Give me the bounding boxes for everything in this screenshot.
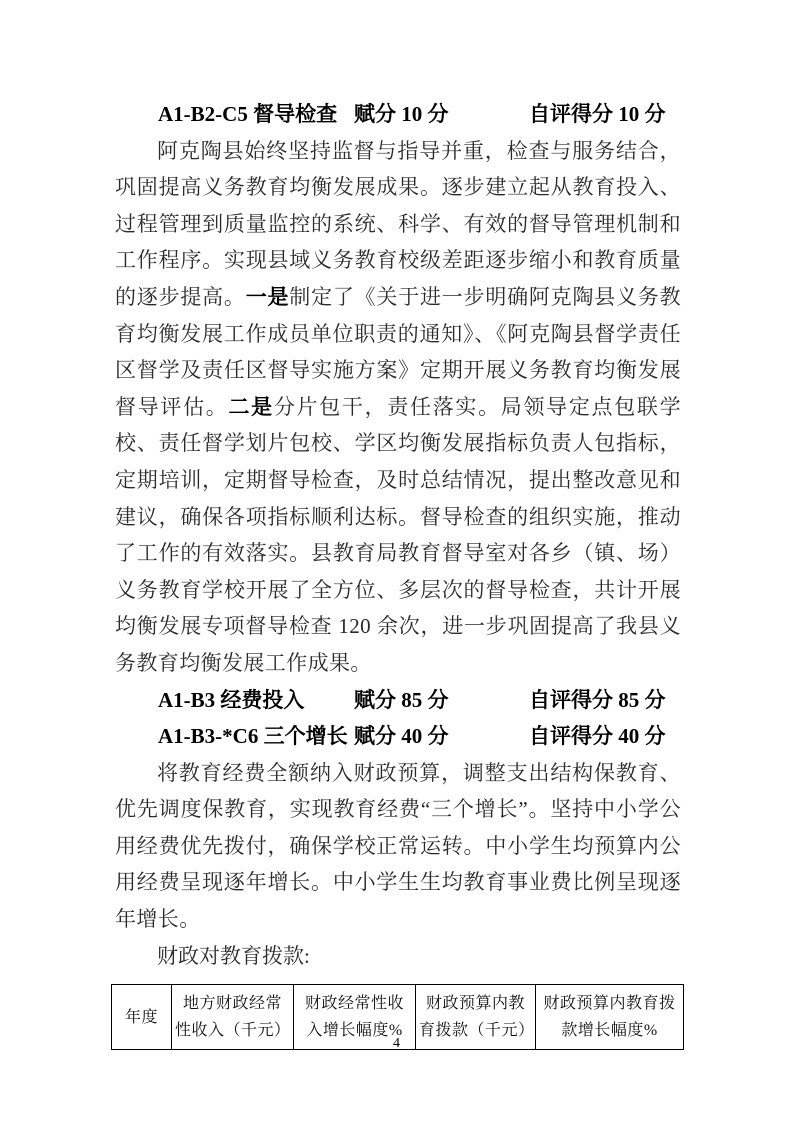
emphasis-first-point: 一是 — [246, 285, 290, 309]
paragraph-text: 分片包干，责任落实。局领导定点包联学校、责任督学划片包校、学区均衡发展指标负责人… — [115, 395, 681, 675]
heading-self-score: 自评得分 10 分 — [529, 96, 666, 133]
section-heading-a1-b3-c6: A1-B3-*C6 三个增长 赋分 40 分 自评得分 40 分 — [115, 718, 681, 755]
heading-self-score: 自评得分 40 分 — [529, 718, 666, 755]
document-body: A1-B2-C5 督导检查 赋分 10 分 自评得分 10 分 阿克陶县始终坚持… — [115, 96, 681, 1050]
paragraph-text: 阿克陶县始终坚持监督与指导并重，检查与服务结合，巩固提高义务教育均衡发展成果。逐… — [115, 139, 681, 309]
heading-label: A1-B3 经费投入 — [158, 682, 354, 719]
heading-label: A1-B2-C5 督导检查 — [158, 96, 354, 133]
document-page: A1-B2-C5 督导检查 赋分 10 分 自评得分 10 分 阿克陶县始终坚持… — [0, 0, 793, 1122]
page-number: 4 — [0, 1036, 793, 1052]
section-heading-a1-b2-c5: A1-B2-C5 督导检查 赋分 10 分 自评得分 10 分 — [115, 96, 681, 133]
heading-label: A1-B3-*C6 三个增长 — [158, 718, 354, 755]
paragraph-supervision: 阿克陶县始终坚持监督与指导并重，检查与服务结合，巩固提高义务教育均衡发展成果。逐… — [115, 133, 681, 682]
paragraph-funding: 将教育经费全额纳入财政预算，调整支出结构保教育、优先调度保教育，实现教育经费“三… — [115, 755, 681, 938]
table-caption: 财政对教育拨款: — [115, 938, 681, 975]
section-heading-a1-b3: A1-B3 经费投入 赋分 85 分 自评得分 85 分 — [115, 682, 681, 719]
heading-self-score: 自评得分 85 分 — [529, 682, 666, 719]
heading-score: 赋分 85 分 — [354, 682, 529, 719]
emphasis-second-point: 二是 — [228, 395, 273, 419]
heading-score: 赋分 10 分 — [354, 96, 529, 133]
heading-score: 赋分 40 分 — [354, 718, 529, 755]
